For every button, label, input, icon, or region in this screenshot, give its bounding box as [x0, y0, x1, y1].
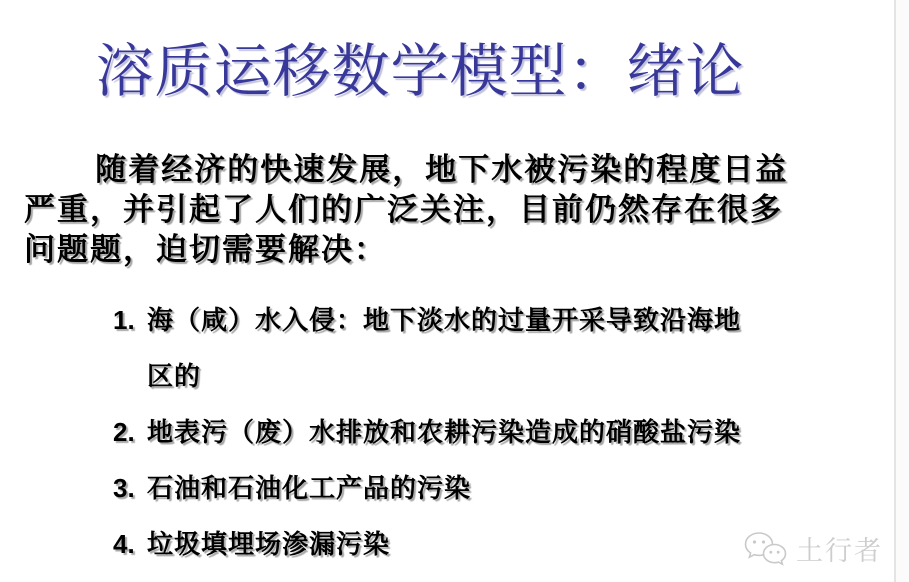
slide: 溶质运移数学模型：绪论 随着经济的快速发展，地下水被污染的程度日益 严重，并引起…	[0, 0, 909, 582]
list-item-line-2: 区的	[147, 348, 741, 404]
list-item-3: 3. 石油和石油化工产品的污染	[113, 460, 833, 516]
right-edge-line	[894, 0, 896, 582]
list-item-4: 4. 垃圾填埋场渗漏污染	[113, 516, 833, 572]
intro-paragraph: 随着经济的快速发展，地下水被污染的程度日益 严重，并引起了人们的广泛关注，目前仍…	[24, 150, 814, 270]
paragraph-line-1: 随着经济的快速发展，地下水被污染的程度日益	[24, 150, 814, 190]
issues-list: 1. 海（咸）水入侵：地下淡水的过量开采导致沿海地 区的 2. 地表污（废）水排…	[113, 292, 833, 572]
list-item-number: 4.	[113, 516, 147, 572]
list-item-text: 海（咸）水入侵：地下淡水的过量开采导致沿海地 区的	[147, 292, 741, 404]
watermark: 土行者	[743, 529, 883, 568]
list-item-number: 2.	[113, 404, 147, 460]
wechat-chat-bubbles-icon	[743, 530, 787, 568]
list-item-text: 地表污（废）水排放和农耕污染造成的硝酸盐污染	[147, 404, 741, 460]
list-item-number: 3.	[113, 460, 147, 516]
list-item-text: 石油和石油化工产品的污染	[147, 460, 471, 516]
watermark-text: 土行者	[796, 529, 883, 568]
paragraph-line-2: 严重，并引起了人们的广泛关注，目前仍然存在很多	[24, 190, 814, 230]
right-edge-strip	[896, 0, 909, 582]
paragraph-line-3: 问题题，迫切需要解决：	[24, 230, 814, 270]
slide-title: 溶质运移数学模型：绪论	[0, 24, 840, 108]
list-item-1: 1. 海（咸）水入侵：地下淡水的过量开采导致沿海地 区的	[113, 292, 833, 404]
list-item-number: 1.	[113, 292, 147, 348]
list-item-text: 垃圾填埋场渗漏污染	[147, 516, 390, 572]
list-item-line-1: 海（咸）水入侵：地下淡水的过量开采导致沿海地	[147, 305, 741, 335]
list-item-2: 2. 地表污（废）水排放和农耕污染造成的硝酸盐污染	[113, 404, 833, 460]
